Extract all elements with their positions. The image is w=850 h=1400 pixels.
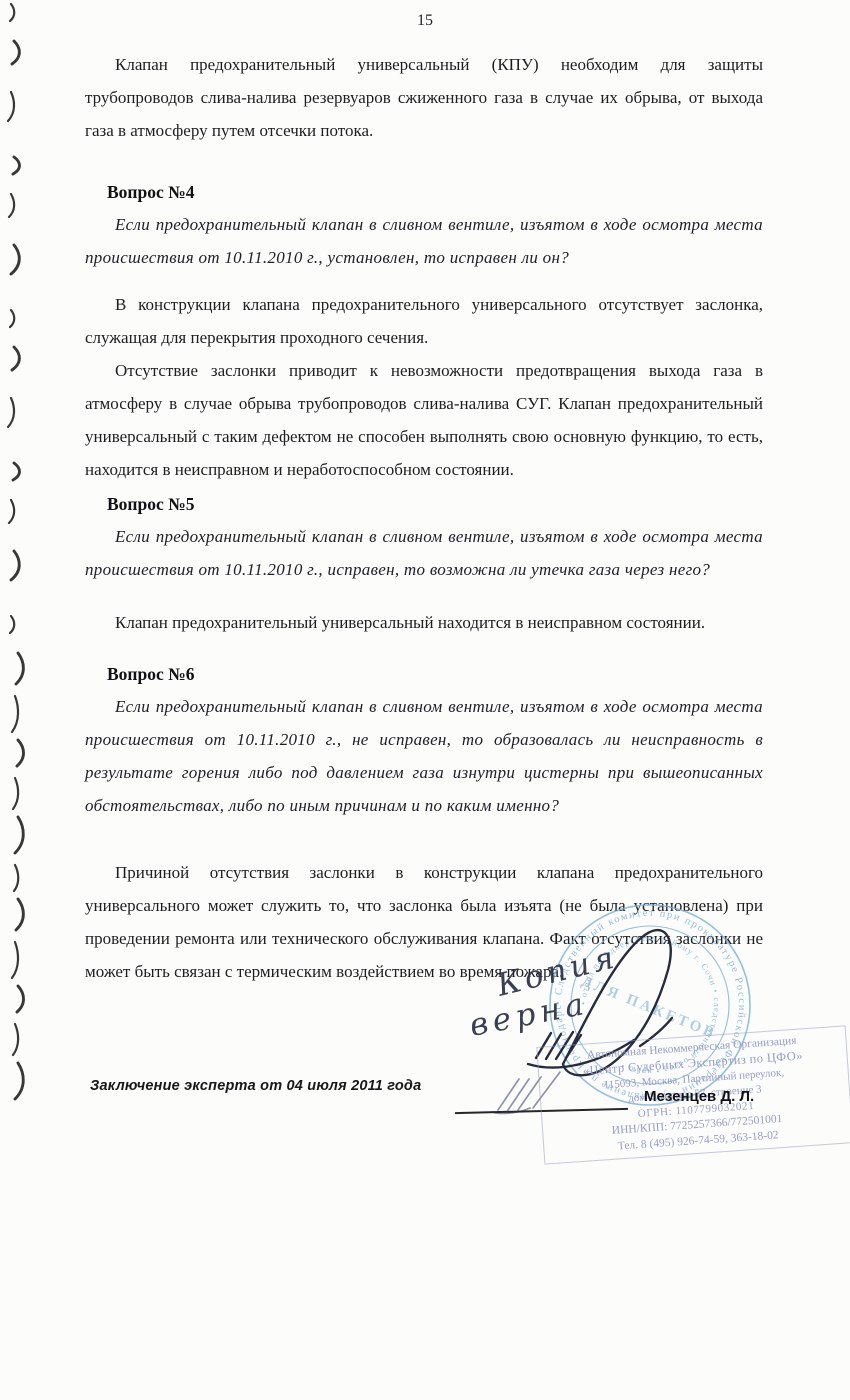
scanned-document-page: 15 Клапан предохранительный универсальны… (0, 0, 850, 1400)
heading-text: Вопрос №5 (85, 490, 763, 518)
question-6-text: Если предохранительный клапан в сливном … (85, 690, 763, 822)
answer-5: Клапан предохранительный универсальный н… (85, 606, 763, 639)
paragraph-text: В конструкции клапана предохранительного… (85, 288, 763, 354)
paragraph-text: Клапан предохранительный универсальный (… (85, 48, 763, 147)
question-text: Если предохранительный клапан в сливном … (85, 520, 763, 586)
question-5-text: Если предохранительный клапан в сливном … (85, 520, 763, 586)
paragraph-text: Причиной отсутствия заслонки в конструкц… (85, 856, 763, 988)
question-6-heading: Вопрос №6 (85, 660, 763, 688)
question-4-text: Если предохранительный клапан в сливном … (85, 208, 763, 274)
question-text: Если предохранительный клапан в сливном … (85, 690, 763, 822)
answer-6: Причиной отсутствия заслонки в конструкц… (85, 856, 763, 988)
question-5-heading: Вопрос №5 (85, 490, 763, 518)
expert-name: Мезенцев Д. Л. (644, 1088, 754, 1105)
paragraph: Клапан предохранительный универсальный (… (85, 48, 763, 147)
question-text: Если предохранительный клапан в сливном … (85, 208, 763, 274)
paragraph-text: Клапан предохранительный универсальный н… (85, 606, 763, 639)
page-number: 15 (0, 12, 850, 30)
binding-marks (8, 4, 24, 1099)
heading-text: Вопрос №6 (85, 660, 763, 688)
conclusion-date-label: Заключение эксперта от 04 июля 2011 года (90, 1078, 421, 1094)
question-4-heading: Вопрос №4 (85, 178, 763, 206)
answer-4: В конструкции клапана предохранительного… (85, 288, 763, 486)
heading-text: Вопрос №4 (85, 178, 763, 206)
handwriting-line2: верна (467, 986, 592, 1044)
paragraph-text: Отсутствие заслонки приводит к невозможн… (85, 354, 763, 486)
